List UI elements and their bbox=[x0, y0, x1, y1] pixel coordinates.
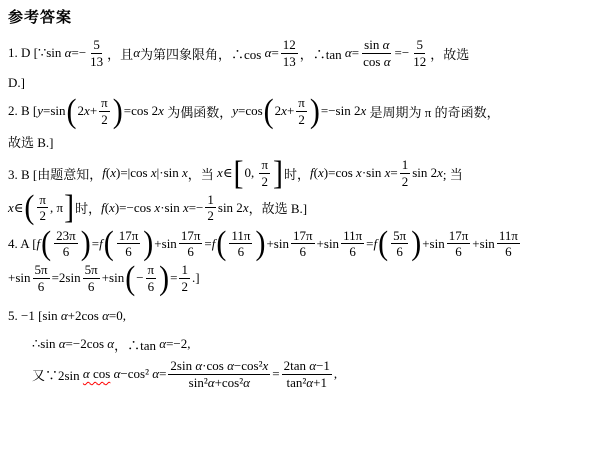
fraction: π2 bbox=[99, 95, 110, 127]
math-text: tan² bbox=[287, 375, 307, 391]
fraction-denominator: 6 bbox=[61, 244, 72, 260]
math-variable: α bbox=[59, 336, 66, 352]
big-bracket: ( bbox=[24, 193, 34, 223]
fraction-numerator: 12 bbox=[281, 37, 298, 54]
math-variable: α bbox=[61, 308, 68, 324]
math-text: )=|cos bbox=[116, 165, 151, 181]
fraction-denominator: 2 bbox=[179, 279, 190, 295]
fraction-denominator: 6 bbox=[298, 244, 309, 260]
math-variable: f bbox=[37, 236, 41, 252]
answer-key-document: 参考答案 1. D [∵sin α=−513，且α为第四象限角，∴cos α=1… bbox=[0, 0, 602, 390]
math-text: =2sin bbox=[52, 270, 81, 286]
math-text: 为偶函数， bbox=[164, 102, 232, 121]
fraction-numerator: 2sin α·cos α−cos²x bbox=[168, 358, 270, 375]
fraction: 17π6 bbox=[117, 228, 141, 260]
fraction-numerator: 1 bbox=[205, 192, 216, 209]
fraction-numerator: sin α bbox=[362, 37, 391, 54]
math-text: =0, bbox=[109, 308, 126, 324]
math-text: ，当 bbox=[188, 164, 217, 183]
answer-line: 5. −1 [sin α+2cos α=0, bbox=[8, 306, 602, 326]
math-text: = bbox=[352, 45, 359, 61]
fraction-numerator: 5π bbox=[33, 262, 50, 279]
fraction-numerator: 5π bbox=[391, 228, 408, 245]
math-text: +sin bbox=[422, 236, 445, 252]
math-text: −cos² bbox=[234, 358, 263, 374]
math-text: ∴sin bbox=[32, 336, 59, 352]
fraction-numerator: 17π bbox=[447, 228, 471, 245]
big-bracket: ( bbox=[125, 263, 135, 293]
fraction: 17π6 bbox=[179, 228, 203, 260]
fraction: 12 bbox=[205, 192, 216, 224]
math-text: ，故选 B.] bbox=[249, 198, 308, 217]
fraction-denominator: 2 bbox=[400, 174, 411, 190]
math-text: cos bbox=[90, 366, 111, 382]
fraction-numerator: 1 bbox=[179, 262, 190, 279]
fraction-numerator: π bbox=[259, 157, 270, 174]
math-variable: α bbox=[152, 366, 159, 382]
math-variable: α bbox=[265, 45, 272, 61]
math-text: +sin bbox=[154, 236, 177, 252]
math-text: sin² bbox=[189, 375, 208, 391]
spellcheck-squiggle: α cos bbox=[83, 366, 110, 382]
math-text: ，∴tan bbox=[114, 335, 159, 354]
fraction-numerator: 17π bbox=[117, 228, 141, 245]
math-text: = bbox=[204, 236, 211, 252]
fraction-denominator: cos α bbox=[361, 54, 392, 70]
math-variable: α bbox=[227, 358, 234, 374]
math-text: 时， bbox=[75, 198, 101, 217]
big-bracket: ) bbox=[143, 229, 153, 259]
fraction-denominator: 6 bbox=[503, 244, 514, 260]
fraction-numerator: 11π bbox=[229, 228, 252, 245]
big-bracket: ) bbox=[159, 263, 169, 293]
answer-line: 4. A [f(23π6)=f(17π6)+sin17π6=f(11π6)+si… bbox=[8, 228, 602, 260]
math-text: =− bbox=[189, 200, 204, 216]
fraction-denominator: 6 bbox=[146, 279, 157, 295]
math-text: ·sin bbox=[160, 200, 183, 216]
fraction: 12 bbox=[179, 262, 190, 294]
fraction-numerator: 5 bbox=[91, 37, 102, 54]
math-text: = bbox=[366, 236, 373, 252]
math-text: = bbox=[159, 366, 166, 382]
math-text: +2cos bbox=[68, 308, 102, 324]
math-text: 2sin bbox=[170, 358, 195, 374]
math-text: =−2, bbox=[166, 336, 190, 352]
answer-line: 3. B [由题意知，f(x)=|cos x|·sin x，当 x∈[0, π2… bbox=[8, 157, 602, 189]
math-text: .] bbox=[192, 270, 200, 286]
fraction: π6 bbox=[146, 262, 157, 294]
fraction-denominator: 6 bbox=[185, 244, 196, 260]
math-text: )=cos bbox=[324, 165, 356, 181]
answers-list: 1. D [∵sin α=−513，且α为第四象限角，∴cos α=1213，∴… bbox=[8, 37, 602, 390]
math-text: , bbox=[334, 366, 337, 382]
math-text: sin 2 bbox=[218, 200, 243, 216]
answer-line: +sin5π6=2sin5π6+sin(−π6)=12.] bbox=[8, 262, 602, 294]
math-text: + bbox=[287, 103, 294, 119]
math-text: D.] bbox=[8, 75, 25, 91]
fraction-denominator: 13 bbox=[281, 54, 298, 70]
fraction: 1213 bbox=[281, 37, 298, 69]
math-text: =−2cos bbox=[66, 336, 108, 352]
big-bracket: ] bbox=[273, 158, 283, 188]
fraction: 5π6 bbox=[83, 262, 100, 294]
big-bracket: ] bbox=[64, 193, 74, 223]
fraction-denominator: 13 bbox=[88, 54, 105, 70]
math-text: 时， bbox=[284, 164, 310, 183]
fraction-denominator: 12 bbox=[411, 54, 428, 70]
fraction-numerator: 1 bbox=[400, 157, 411, 174]
fraction-numerator: 23π bbox=[54, 228, 78, 245]
math-text: =−sin 2 bbox=[321, 103, 361, 119]
math-variable: α bbox=[159, 336, 166, 352]
fraction: 17π6 bbox=[291, 228, 315, 260]
math-text: − bbox=[136, 270, 143, 286]
math-variable: α bbox=[195, 358, 202, 374]
fraction-numerator: π bbox=[296, 95, 307, 112]
math-text: 为第四象限角，∴cos bbox=[140, 44, 265, 63]
math-text: cos bbox=[363, 54, 384, 70]
math-variable: x bbox=[262, 358, 268, 374]
fraction-denominator: 6 bbox=[394, 244, 405, 260]
math-variable: α bbox=[208, 375, 215, 391]
big-bracket: [ bbox=[233, 158, 243, 188]
fraction: 2sin α·cos α−cos²xsin²α+cos²α bbox=[168, 358, 270, 390]
math-text: 又∵2sin bbox=[32, 365, 83, 384]
fraction-denominator: 2 bbox=[296, 112, 307, 128]
big-bracket: ) bbox=[411, 229, 421, 259]
fraction: 2tan α−1tan²α+1 bbox=[282, 358, 332, 390]
math-variable: α bbox=[65, 45, 72, 61]
fraction-numerator: 5π bbox=[83, 262, 100, 279]
math-text: +sin bbox=[266, 236, 289, 252]
math-variable: α bbox=[384, 54, 391, 70]
math-text: 是周期为 π 的奇函数， bbox=[366, 102, 499, 121]
math-variable: α bbox=[383, 37, 390, 53]
math-text: +sin bbox=[317, 236, 340, 252]
big-bracket: ( bbox=[41, 229, 51, 259]
fraction-numerator: π bbox=[146, 262, 157, 279]
math-variable: α bbox=[345, 45, 352, 61]
math-text: +sin bbox=[8, 270, 31, 286]
math-text: ∈ bbox=[223, 165, 233, 181]
math-variable: α bbox=[107, 336, 114, 352]
fraction: 23π6 bbox=[54, 228, 78, 260]
fraction: π2 bbox=[259, 157, 270, 189]
big-bracket: ) bbox=[113, 96, 123, 126]
fraction-numerator: 5 bbox=[414, 37, 425, 54]
math-text: + bbox=[90, 103, 97, 119]
fraction-numerator: 11π bbox=[341, 228, 364, 245]
fraction-numerator: 17π bbox=[291, 228, 315, 245]
big-bracket: ) bbox=[81, 229, 91, 259]
big-bracket: ) bbox=[310, 96, 320, 126]
math-text: = bbox=[92, 236, 99, 252]
math-text: ，∴tan bbox=[300, 44, 345, 63]
fraction: 11π6 bbox=[341, 228, 364, 260]
answer-line: 1. D [∵sin α=−513，且α为第四象限角，∴cos α=1213，∴… bbox=[8, 37, 602, 69]
math-variable: f bbox=[212, 236, 216, 252]
math-text: +1 bbox=[313, 375, 327, 391]
math-variable: α bbox=[243, 375, 250, 391]
fraction: 17π6 bbox=[447, 228, 471, 260]
math-text: =cos 2 bbox=[124, 103, 158, 119]
math-text: )=−cos bbox=[115, 200, 155, 216]
answer-line: ∴sin α=−2cos α，∴tan α=−2, bbox=[8, 334, 602, 354]
fraction-denominator: 6 bbox=[453, 244, 464, 260]
fraction: 11π6 bbox=[497, 228, 520, 260]
fraction: 512 bbox=[411, 37, 428, 69]
math-text: ·cos bbox=[202, 358, 227, 374]
math-text: = bbox=[272, 366, 279, 382]
math-text: ∈ bbox=[14, 200, 24, 216]
big-bracket: ( bbox=[264, 96, 274, 126]
fraction-denominator: 2 bbox=[37, 208, 48, 224]
fraction-numerator: 11π bbox=[497, 228, 520, 245]
fraction: π2 bbox=[296, 95, 307, 127]
big-bracket: ( bbox=[67, 96, 77, 126]
fraction-denominator: 6 bbox=[36, 279, 47, 295]
math-variable: α bbox=[83, 366, 90, 382]
math-text: +sin bbox=[102, 270, 125, 286]
answer-line: x∈(π2, π]时，f(x)=−cos x·sin x=−12sin 2x，故… bbox=[8, 192, 602, 224]
math-text: = bbox=[170, 270, 177, 286]
math-variable: α bbox=[306, 375, 313, 391]
fraction-numerator: π bbox=[99, 95, 110, 112]
math-text: sin 2 bbox=[412, 165, 437, 181]
math-text: 1. D [∵sin bbox=[8, 45, 65, 61]
math-text: ，故选 bbox=[430, 44, 469, 63]
math-text: =− bbox=[72, 45, 87, 61]
math-text: −1 bbox=[316, 358, 330, 374]
math-text: 2tan bbox=[284, 358, 310, 374]
math-text: 4. A [ bbox=[8, 236, 37, 252]
fraction: 12 bbox=[400, 157, 411, 189]
big-bracket: ( bbox=[216, 229, 226, 259]
math-variable: f bbox=[99, 236, 103, 252]
fraction-denominator: tan²α+1 bbox=[285, 375, 329, 391]
answer-line: 2. B [y=sin(2x+π2)=cos 2x 为偶函数，y=cos(2x+… bbox=[8, 95, 602, 127]
math-text: −cos² bbox=[120, 366, 152, 382]
math-text: , π bbox=[50, 200, 63, 216]
fraction: 11π6 bbox=[229, 228, 252, 260]
fraction-numerator: 17π bbox=[179, 228, 203, 245]
fraction-denominator: 6 bbox=[236, 244, 247, 260]
fraction: 5π6 bbox=[33, 262, 50, 294]
math-text: ; 当 bbox=[443, 164, 463, 183]
math-text: +cos² bbox=[215, 375, 244, 391]
math-variable: α bbox=[309, 358, 316, 374]
page-title: 参考答案 bbox=[8, 6, 602, 27]
math-text: sin bbox=[364, 37, 382, 53]
math-text: 3. B [由题意知， bbox=[8, 164, 102, 183]
answer-line: 故选 B.] bbox=[8, 131, 602, 151]
fraction: sin αcos α bbox=[361, 37, 392, 69]
math-text: |·sin bbox=[157, 165, 182, 181]
big-bracket: ( bbox=[378, 229, 388, 259]
fraction: π2 bbox=[37, 192, 48, 224]
big-bracket: ( bbox=[104, 229, 114, 259]
answer-line: 又∵2sin α cos α−cos² α=2sin α·cos α−cos²x… bbox=[8, 358, 602, 390]
fraction-denominator: 2 bbox=[99, 112, 110, 128]
math-text: 5. −1 [sin bbox=[8, 308, 61, 324]
math-variable: α bbox=[114, 366, 121, 382]
math-text: 0, bbox=[244, 165, 257, 181]
math-text: ，且 bbox=[107, 44, 133, 63]
math-text: = bbox=[271, 45, 278, 61]
fraction-numerator: 2tan α−1 bbox=[282, 358, 332, 375]
fraction: 513 bbox=[88, 37, 105, 69]
fraction-denominator: 6 bbox=[86, 279, 97, 295]
math-variable: α bbox=[133, 45, 140, 61]
fraction: 5π6 bbox=[391, 228, 408, 260]
fraction-denominator: 6 bbox=[347, 244, 358, 260]
fraction-denominator: sin²α+cos²α bbox=[187, 375, 252, 391]
big-bracket: ) bbox=[255, 229, 265, 259]
math-text: = bbox=[390, 165, 397, 181]
math-text: 2. B [ bbox=[8, 103, 37, 119]
math-text: =− bbox=[395, 45, 410, 61]
math-variable: f bbox=[374, 236, 378, 252]
math-text: =sin bbox=[43, 103, 66, 119]
answer-line: D.] bbox=[8, 73, 602, 93]
math-text: ·sin bbox=[362, 165, 385, 181]
math-text: +sin bbox=[472, 236, 495, 252]
fraction-numerator: π bbox=[37, 192, 48, 209]
math-variable: α bbox=[102, 308, 109, 324]
math-text: =cos bbox=[238, 103, 263, 119]
fraction-denominator: 2 bbox=[259, 174, 270, 190]
fraction-denominator: 6 bbox=[123, 244, 134, 260]
fraction-denominator: 2 bbox=[205, 208, 216, 224]
math-text: 故选 B.] bbox=[8, 132, 54, 151]
